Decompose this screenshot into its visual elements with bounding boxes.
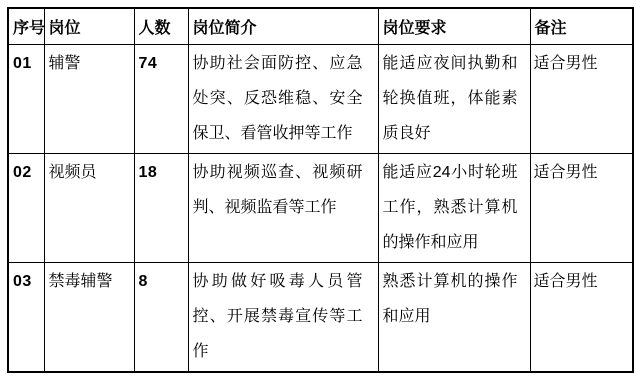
cell-position: 禁毒辅警: [44, 263, 134, 373]
cell-note: 适合男性: [530, 154, 633, 263]
cell-position: 视频员: [44, 154, 134, 263]
cell-description: 协助做好吸毒人员管控、开展禁毒宣传等工作: [188, 263, 378, 373]
column-header-note: 备注: [530, 8, 633, 45]
cell-index: 01: [8, 45, 44, 154]
cell-requirements: 熟悉计算机的操作和应用: [378, 263, 530, 373]
cell-position: 辅警: [44, 45, 134, 154]
cell-description: 协助视频巡查、视频研判、视频监看等工作: [188, 154, 378, 263]
cell-note: 适合男性: [530, 263, 633, 373]
header-row: 序号 岗位 人数 岗位简介 岗位要求 备注: [8, 8, 633, 45]
column-header-requirements: 岗位要求: [378, 8, 530, 45]
column-header-count: 人数: [134, 8, 188, 45]
cell-index: 03: [8, 263, 44, 373]
column-header-index: 序号: [8, 8, 44, 45]
cell-count: 8: [134, 263, 188, 373]
table-row: 01 辅警 74 协助社会面防控、应急处突、反恐维稳、安全保卫、看管收押等工作 …: [8, 45, 633, 154]
cell-requirements: 能适应24小时轮班工作，熟悉计算机的操作和应用: [378, 154, 530, 263]
document-page: 序号 岗位 人数 岗位简介 岗位要求 备注 01 辅警 74 协助社会面防控、应…: [0, 0, 636, 376]
cell-note: 适合男性: [530, 45, 633, 154]
recruitment-table: 序号 岗位 人数 岗位简介 岗位要求 备注 01 辅警 74 协助社会面防控、应…: [7, 7, 634, 373]
cell-index: 02: [8, 154, 44, 263]
cell-requirements: 能适应夜间执勤和轮换值班，体能素质良好: [378, 45, 530, 154]
column-header-description: 岗位简介: [188, 8, 378, 45]
table-row: 03 禁毒辅警 8 协助做好吸毒人员管控、开展禁毒宣传等工作 熟悉计算机的操作和…: [8, 263, 633, 373]
cell-count: 74: [134, 45, 188, 154]
cell-description: 协助社会面防控、应急处突、反恐维稳、安全保卫、看管收押等工作: [188, 45, 378, 154]
table-row: 02 视频员 18 协助视频巡查、视频研判、视频监看等工作 能适应24小时轮班工…: [8, 154, 633, 263]
column-header-position: 岗位: [44, 8, 134, 45]
cell-count: 18: [134, 154, 188, 263]
